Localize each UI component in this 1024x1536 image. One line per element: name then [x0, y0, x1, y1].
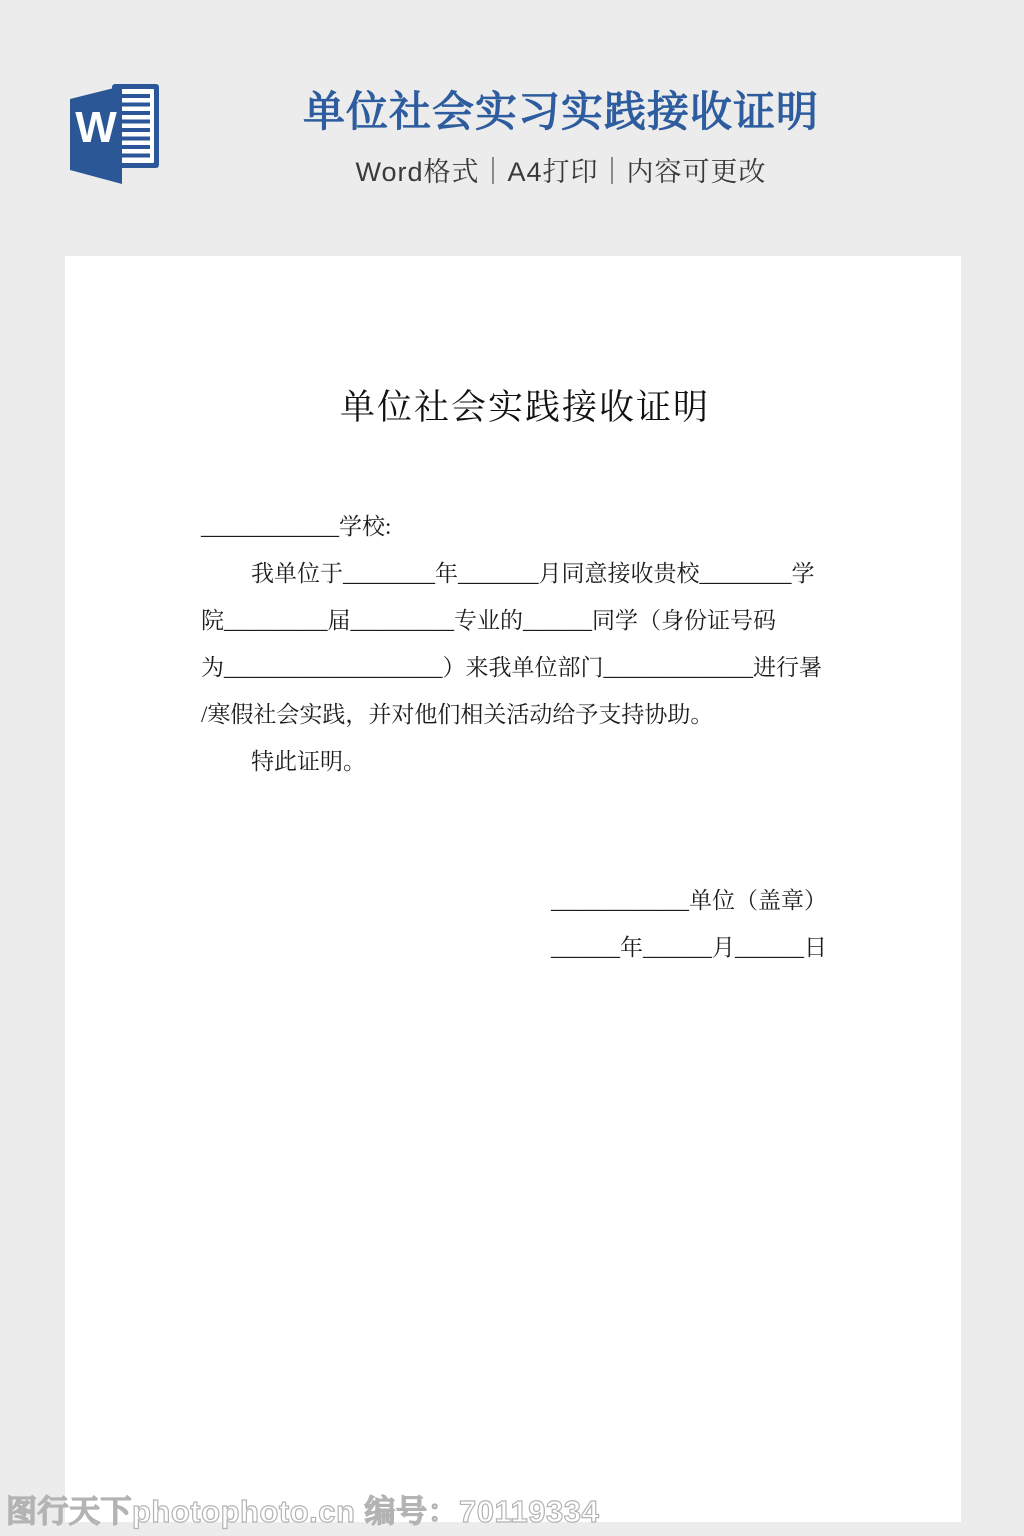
doc-line-closing: 特此证明。: [201, 738, 849, 785]
document-page: 单位社会实践接收证明 ____________学校: 我单位于________年…: [65, 256, 961, 1522]
site-watermark: 图行天下photophoto.cn 编号：70119334: [6, 1486, 599, 1531]
doc-line: 为___________________）来我单位部门_____________…: [201, 644, 849, 691]
signature-block: ____________单位（盖章） ______年______月______日: [201, 877, 849, 971]
doc-line: /寒假社会实践，并对他们相关活动给予支持协助。: [201, 691, 849, 738]
template-header: W 单位社会实习实践接收证明 Word格式｜A4打印｜内容可更改: [64, 84, 960, 189]
template-title: 单位社会实习实践接收证明: [162, 88, 960, 136]
word-letter: W: [75, 103, 117, 152]
document-title: 单位社会实践接收证明: [201, 383, 849, 433]
document-body: ____________学校: 我单位于________年_______月同意接…: [201, 503, 849, 785]
doc-line: 我单位于________年_______月同意接收贵校________学: [201, 550, 849, 597]
signature-date-line: ______年______月______日: [201, 924, 827, 971]
word-logo-icon: W: [64, 84, 162, 186]
signature-unit-line: ____________单位（盖章）: [201, 877, 827, 924]
word-doc-sheet: [117, 89, 154, 163]
document-content: 单位社会实践接收证明 ____________学校: 我单位于________年…: [65, 383, 961, 971]
header-text-block: 单位社会实习实践接收证明 Word格式｜A4打印｜内容可更改: [162, 84, 960, 189]
template-subtitle: Word格式｜A4打印｜内容可更改: [162, 150, 960, 189]
doc-line: 院_________届_________专业的______同学（身份证号码: [201, 597, 849, 644]
doc-line-salutation: ____________学校:: [201, 503, 849, 550]
